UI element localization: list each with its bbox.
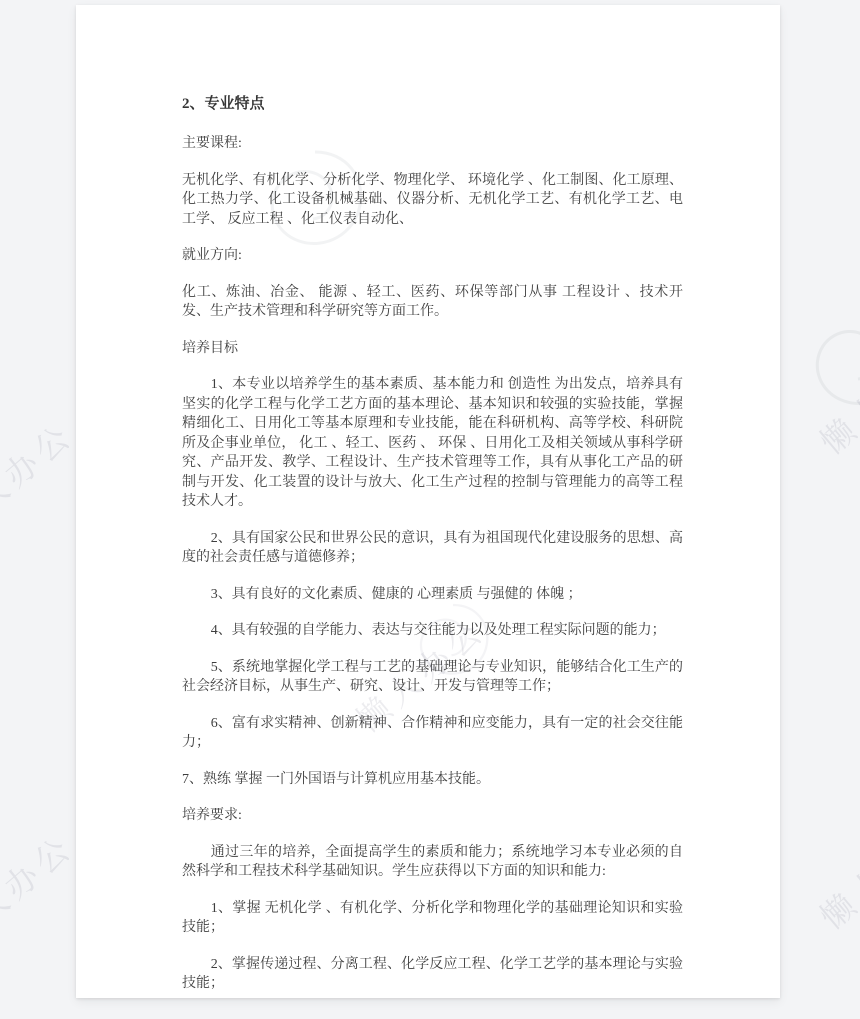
requirement-item-2: 2、掌握传递过程、分离工程、化学反应工程、化学工艺学的基本理论与实验技能； <box>182 955 683 994</box>
document-viewer-background: 2、专业特点 主要课程: 无机化学、有机化学、分析化学、物理化学、 环境化学 、… <box>0 0 860 1019</box>
objective-item-6: 6、富有求实精神、创新精神、合作精神和应变能力，具有一定的社会交往能力； <box>182 714 683 753</box>
objective-item-4: 4、具有较强的自学能力、表达与交往能力以及处理工程实际问题的能力； <box>182 621 683 641</box>
objective-item-7: 7、熟练 掌握 一门外国语与计算机应用基本技能。 <box>182 770 683 790</box>
watermark-text: 懒人办公 <box>809 327 860 463</box>
watermark-text: 懒人办公 <box>809 802 860 938</box>
courses-label: 主要课程: <box>182 134 683 154</box>
doc-heading: 2、专业特点 <box>182 95 683 114</box>
objective-item-5: 5、系统地掌握化学工程与工艺的基础理论与专业知识，能够结合化工生产的社会经济目标… <box>182 658 683 697</box>
requirements-label: 培养要求: <box>182 806 683 826</box>
employment-paragraph: 化工、炼油、冶金、 能源 、轻工、医药、环保等部门从事 工程设计 、技术开发、生… <box>182 283 683 322</box>
courses-paragraph: 无机化学、有机化学、分析化学、物理化学、 环境化学 、化工制图、化工原理、化工热… <box>182 171 683 230</box>
employment-label: 就业方向: <box>182 246 683 266</box>
objective-item-1: 1、本专业以培养学生的基本素质、基本能力和 创造性 为出发点，培养具有坚实的化学… <box>182 375 683 512</box>
document-page: 2、专业特点 主要课程: 无机化学、有机化学、分析化学、物理化学、 环境化学 、… <box>76 5 780 998</box>
watermark-swirl-icon <box>800 300 860 420</box>
requirement-item-1: 1、掌握 无机化学 、有机化学、分析化学和物理化学的基础理论知识和实验技能； <box>182 899 683 938</box>
objective-item-2: 2、具有国家公民和世界公民的意识，具有为祖国现代化建设服务的思想、高度的社会责任… <box>182 529 683 568</box>
objective-item-3: 3、具有良好的文化素质、健康的 心理素质 与强健的 体魄 ； <box>182 585 683 605</box>
watermark-text: 懒人办公 <box>0 410 83 546</box>
requirements-intro: 通过三年的培养，全面提高学生的素质和能力；系统地学习本专业必须的自然科学和工程技… <box>182 843 683 882</box>
objectives-label: 培养目标 <box>182 339 683 359</box>
watermark-text: 懒人办公 <box>0 822 83 958</box>
